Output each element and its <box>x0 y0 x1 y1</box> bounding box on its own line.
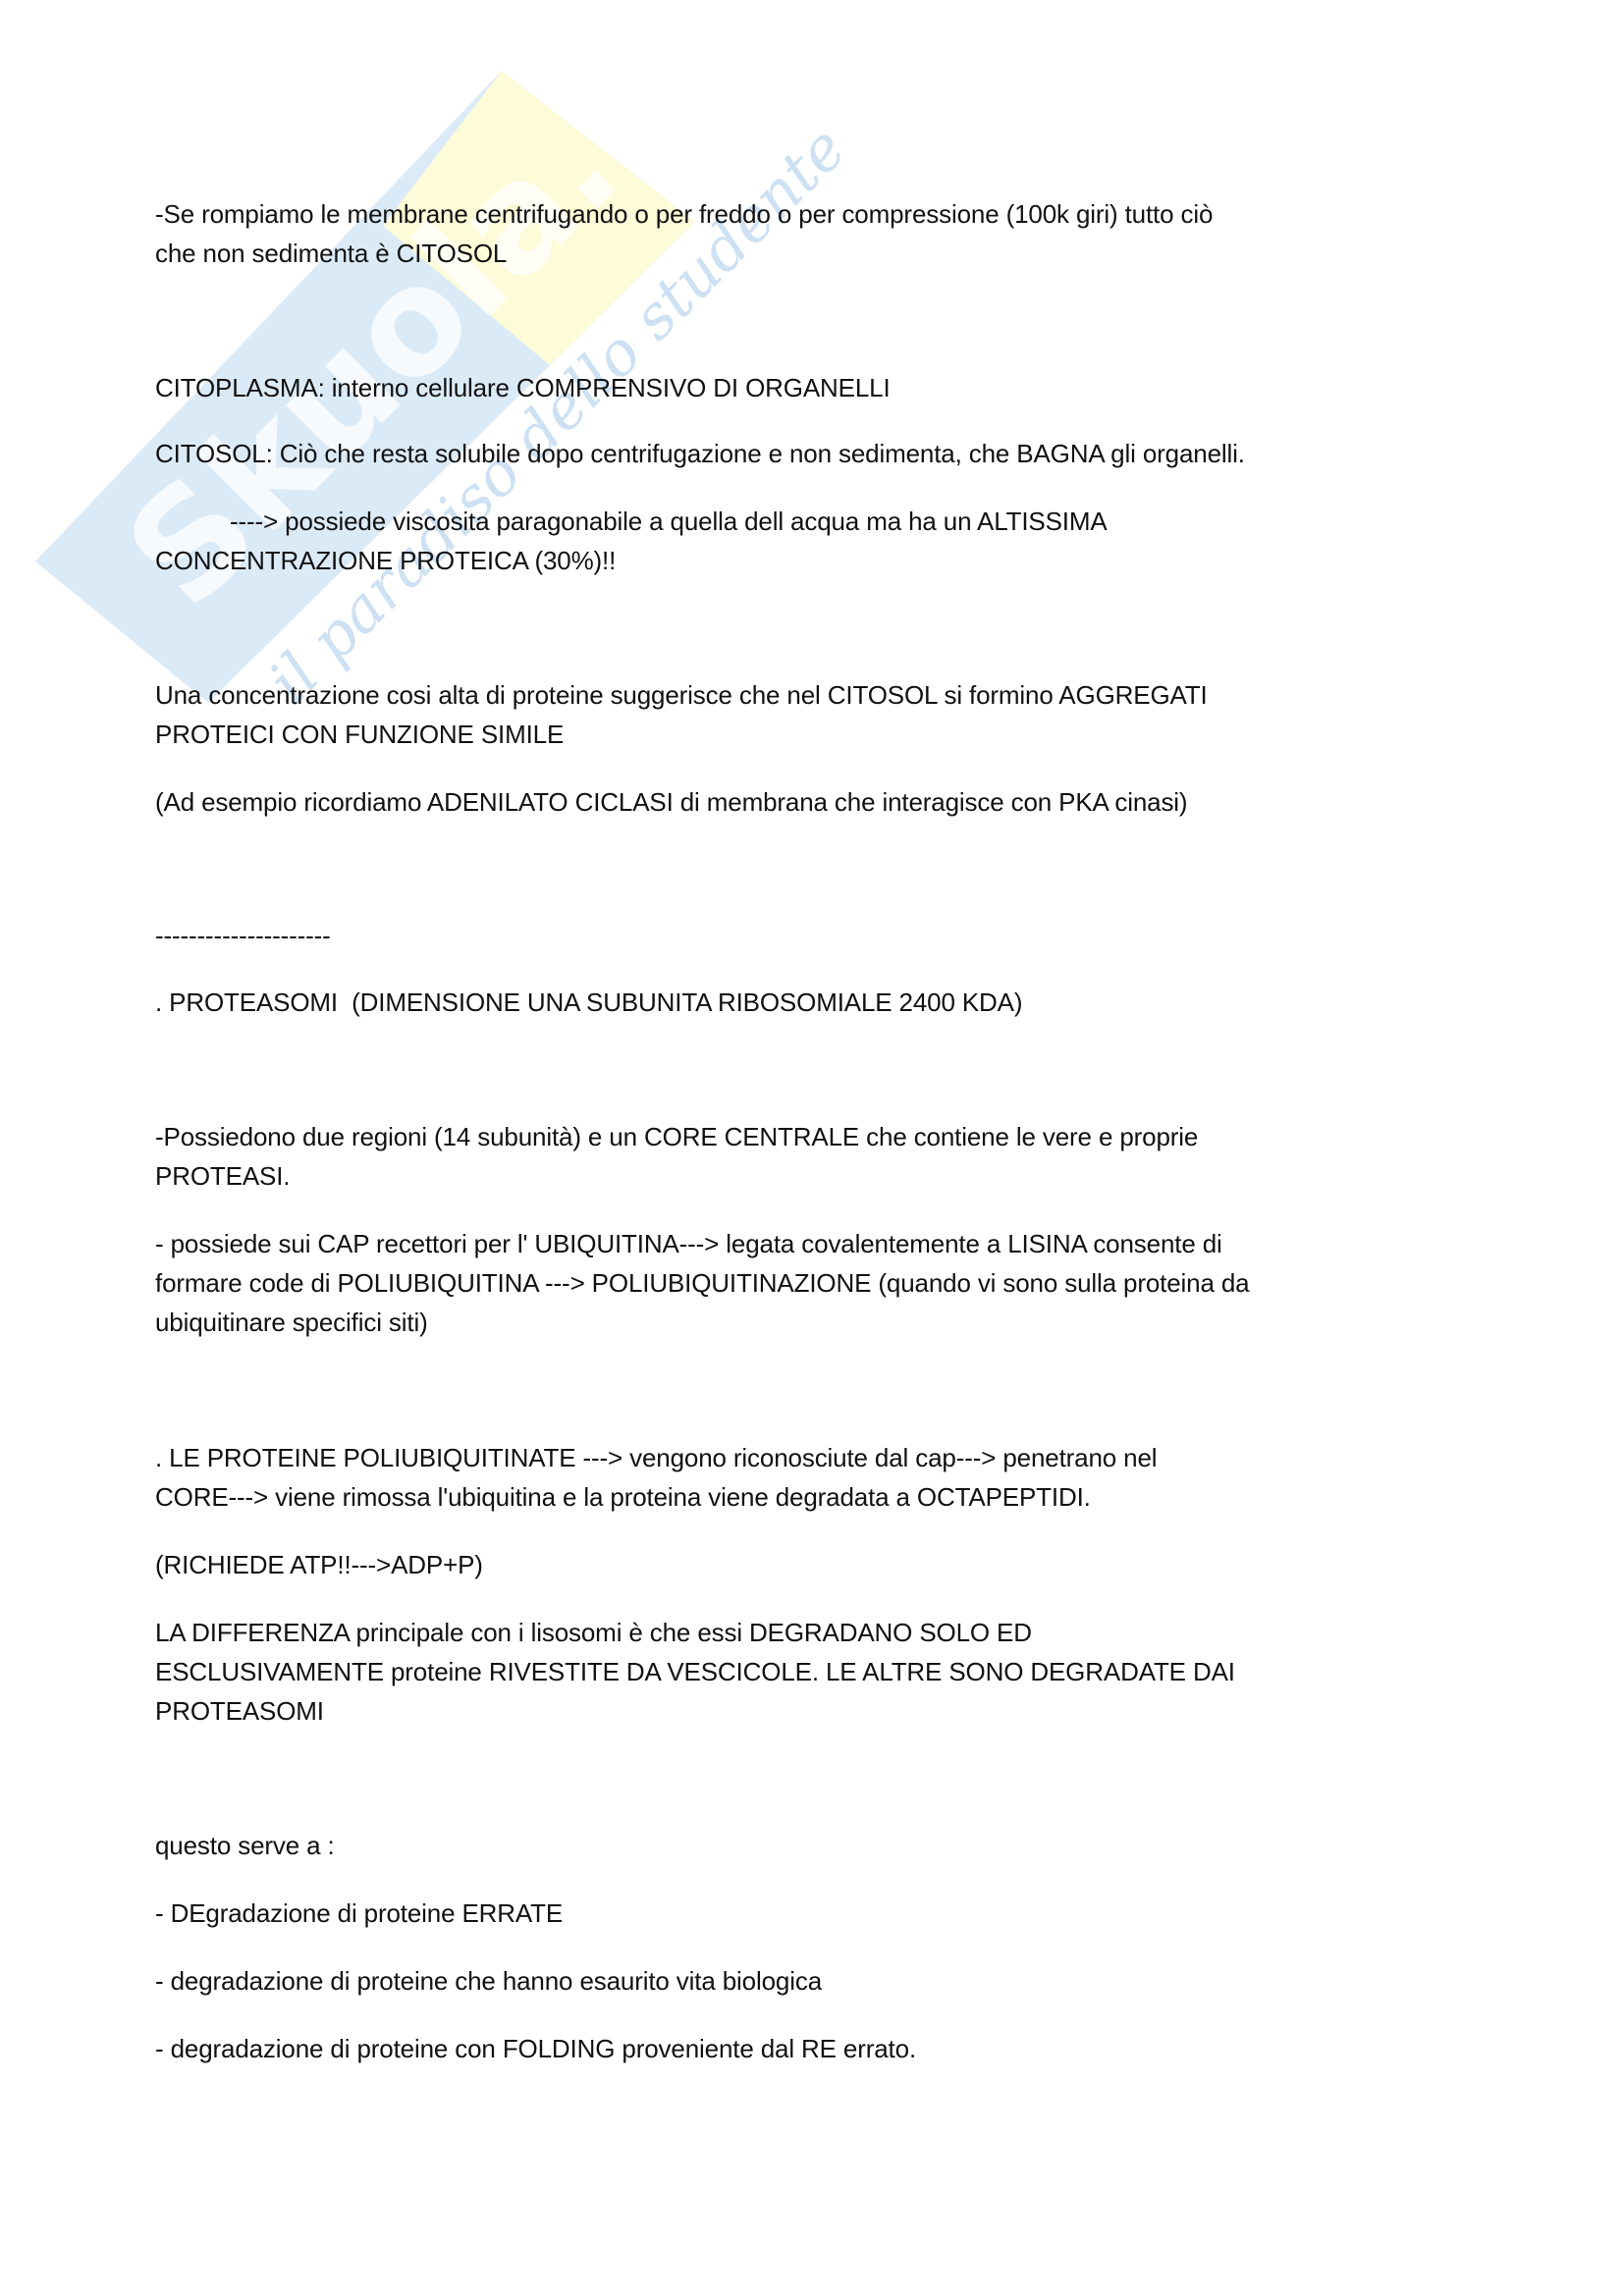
paragraph-line: (RICHIEDE ATP!!--->ADP+P) <box>155 1545 483 1584</box>
list-item: - degradazione di proteine che hanno esa… <box>155 1961 822 2001</box>
paragraph-line: PROTEASOMI <box>155 1691 324 1731</box>
paragraph-line: LA DIFFERENZA principale con i lisosomi … <box>155 1613 1032 1652</box>
paragraph-line: formare code di POLIUBIQUITINA ---> POLI… <box>155 1263 1249 1303</box>
document-body: -Se rompiamo le membrane centrifugando o… <box>0 0 1623 2296</box>
list-intro: questo serve a : <box>155 1826 335 1865</box>
section-heading-proteasomi: . PROTEASOMI (DIMENSIONE UNA SUBUNITA RI… <box>155 983 1022 1022</box>
paragraph-line: (Ad esempio ricordiamo ADENILATO CICLASI… <box>155 782 1187 822</box>
paragraph-line: -Se rompiamo le membrane centrifugando o… <box>155 194 1213 234</box>
paragraph-line: Una concentrazione cosi alta di proteine… <box>155 675 1208 715</box>
definition-citosol: CITOSOL: Ciò che resta solubile dopo cen… <box>155 434 1245 473</box>
paragraph-line: ubiquitinare specifici siti) <box>155 1303 428 1342</box>
list-item: - degradazione di proteine con FOLDING p… <box>155 2029 916 2068</box>
list-item: - DEgradazione di proteine ERRATE <box>155 1894 563 1933</box>
section-separator: --------------------- <box>155 916 331 955</box>
paragraph-line: PROTEASI. <box>155 1156 290 1196</box>
paragraph-line: CONCENTRAZIONE PROTEICA (30%)!! <box>155 541 616 580</box>
paragraph-line: -Possiedono due regioni (14 subunità) e … <box>155 1117 1198 1156</box>
paragraph-line: ESCLUSIVAMENTE proteine RIVESTITE DA VES… <box>155 1652 1235 1691</box>
paragraph-line: che non sedimenta è CITOSOL <box>155 234 507 273</box>
paragraph-line: PROTEICI CON FUNZIONE SIMILE <box>155 715 564 754</box>
paragraph-line: - possiede sui CAP recettori per l' UBIQ… <box>155 1224 1222 1263</box>
paragraph-line: ----> possiede viscosita paragonabile a … <box>230 502 1108 541</box>
document-page: Skuola.net il paradiso dello studente -S… <box>0 0 1623 2296</box>
paragraph-line: . LE PROTEINE POLIUBIQUITINATE ---> veng… <box>155 1438 1157 1477</box>
paragraph-line: CORE---> viene rimossa l'ubiquitina e la… <box>155 1477 1091 1517</box>
definition-citoplasma: CITOPLASMA: interno cellulare COMPRENSIV… <box>155 368 891 407</box>
